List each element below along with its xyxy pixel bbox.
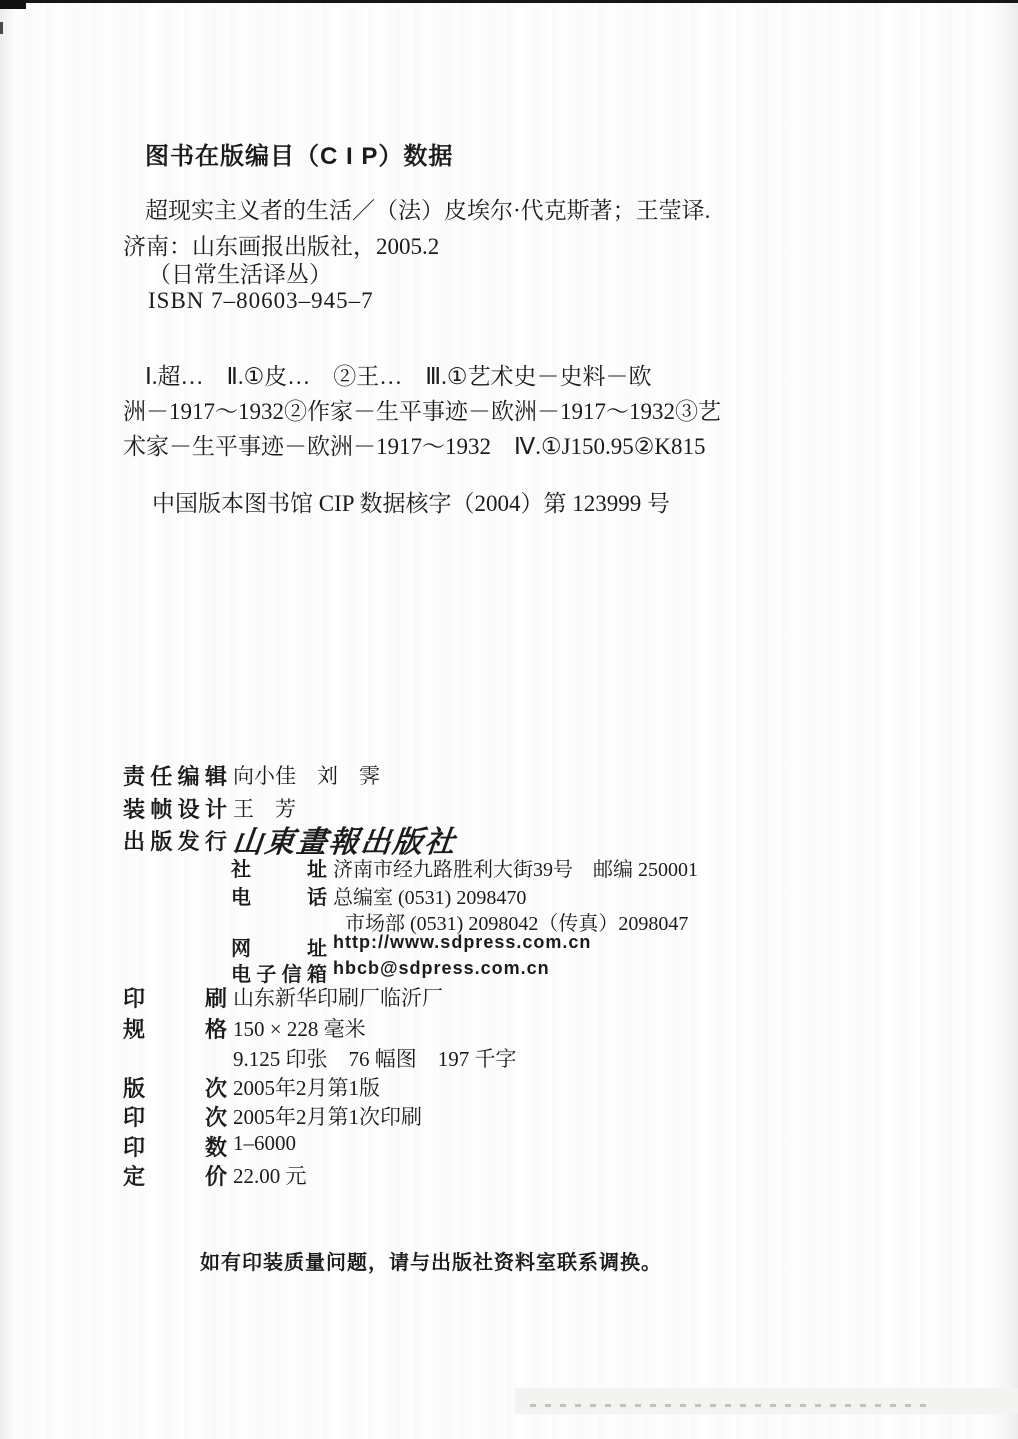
cip-header: 图书在版编目（C I P）数据 — [145, 136, 453, 171]
colophon-row-format: 规格 150 × 228 毫米 — [0, 1013, 1018, 1043]
scan-left-margin — [0, 0, 16, 1439]
classification-line2: 洲－1917～1932②作家－生平事迹－欧洲－1917～1932③艺 — [123, 393, 721, 426]
colophon-row-address: 社址 济南市经九路胜利大街39号 邮编 250001 — [0, 853, 1018, 883]
row-label: 定价 — [123, 1160, 227, 1191]
colophon-row-edition: 版次 2005年2月第1版 — [0, 1072, 1018, 1102]
colophon-row-designer: 装帧设计 王 芳 — [0, 793, 1018, 823]
row-label: 印刷 — [123, 982, 227, 1013]
row-value: 22.00 元 — [233, 1160, 307, 1190]
colophon-row-printer: 印刷 山东新华印刷厂临沂厂 — [0, 982, 1018, 1012]
colophon-row-publisher: 出版发行 山東畫報出版社 — [0, 825, 1018, 855]
isbn-number: ISBN 7–80603–945–7 — [148, 288, 374, 314]
scan-bottom-artifact-dashes — [530, 1404, 930, 1407]
row-value: 150 × 228 毫米 — [233, 1013, 366, 1043]
row-value: 9.125 印张 76 幅图 197 千字 — [233, 1043, 517, 1073]
row-label: 版次 — [123, 1072, 227, 1103]
row-label: 印次 — [123, 1101, 227, 1132]
row-label: 网址 — [231, 932, 327, 961]
scan-top-edge-line — [0, 0, 1018, 3]
row-value: 济南市经九路胜利大街39号 邮编 250001 — [333, 853, 698, 882]
scan-right-margin — [994, 0, 1018, 1439]
cip-entry-line1: 超现实主义者的生活／（法）皮埃尔·代克斯著；王莹译. — [145, 192, 710, 225]
row-label: 装帧设计 — [123, 793, 227, 824]
classification-line3: 术家－生平事迹－欧洲－1917～1932 Ⅳ.①J150.95②K815 — [123, 428, 706, 461]
colophon-row-format2: 9.125 印张 76 幅图 197 千字 — [0, 1043, 1018, 1073]
row-label: 规格 — [123, 1013, 227, 1044]
quality-notice: 如有印装质量问题，请与出版社资料室联系调换。 — [200, 1246, 662, 1275]
row-value: 1–6000 — [233, 1131, 296, 1156]
website-url: http://www.sdpress.com.cn — [333, 932, 591, 953]
row-value: 山东新华印刷厂临沂厂 — [233, 982, 443, 1012]
scan-corner-blob — [0, 0, 26, 9]
colophon-row-printrun: 印数 1–6000 — [0, 1131, 1018, 1161]
scanned-book-page: 图书在版编目（C I P）数据 超现实主义者的生活／（法）皮埃尔·代克斯著；王莹… — [0, 0, 1018, 1439]
scan-bottom-band — [515, 1388, 1018, 1414]
scan-left-tick — [0, 22, 3, 34]
classification-line1: Ⅰ.超… Ⅱ.①皮… ②王… Ⅲ.①艺术史－史料－欧 — [145, 358, 651, 391]
row-label: 责任编辑 — [123, 760, 227, 791]
row-value: 2005年2月第1次印刷 — [233, 1101, 422, 1131]
series-title: （日常生活译丛） — [148, 256, 332, 289]
colophon-row-impression: 印次 2005年2月第1次印刷 — [0, 1101, 1018, 1131]
row-value: 2005年2月第1版 — [233, 1072, 380, 1102]
row-label: 社址 — [231, 853, 327, 882]
row-value: 总编室 (0531) 2098470 — [333, 881, 526, 910]
cip-record-number: 中国版本图书馆 CIP 数据核字（2004）第 123999 号 — [152, 485, 670, 518]
row-label: 电话 — [231, 881, 327, 910]
colophon-row-editor: 责任编辑 向小佳 刘 霁 — [0, 760, 1018, 790]
colophon-row-price: 定价 22.00 元 — [0, 1160, 1018, 1190]
row-value: 向小佳 刘 霁 — [233, 760, 380, 790]
row-label: 出版发行 — [123, 825, 227, 856]
row-label: 印数 — [123, 1131, 227, 1162]
email-address: hbcb@sdpress.com.cn — [333, 958, 550, 979]
